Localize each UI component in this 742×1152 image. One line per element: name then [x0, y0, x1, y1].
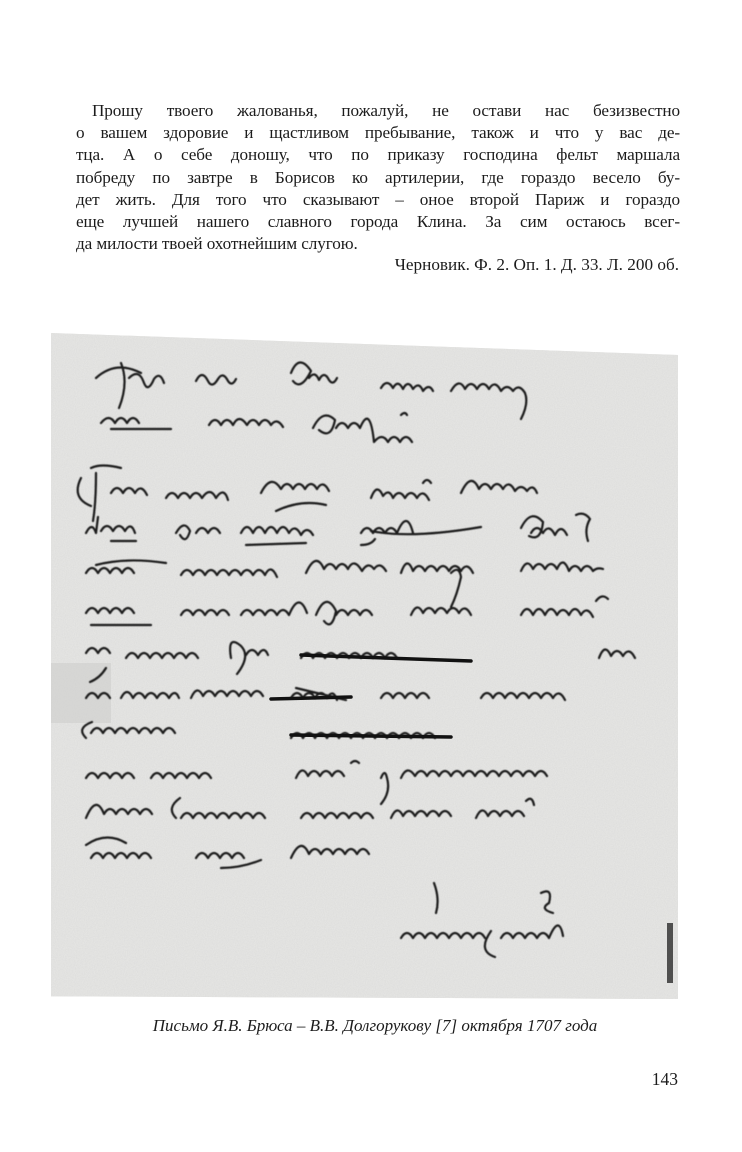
text-line: дет жить. Для того что сказывают – оное …: [76, 189, 680, 211]
text-line: о вашем здоровие и щастливом пребывание,…: [76, 122, 680, 144]
archive-reference: Черновик. Ф. 2. Оп. 1. Д. 33. Л. 200 об.: [395, 254, 679, 276]
figure-caption: Письмо Я.В. Брюса – В.В. Долгорукову [7]…: [0, 1015, 742, 1037]
text-line: тца. А о себе доношу, что по приказу гос…: [76, 144, 680, 166]
text-line: Прошу твоего жалованья, пожалуй, не оста…: [76, 100, 680, 122]
text-line: побреду по завтре в Борисов ко артилерии…: [76, 167, 680, 189]
text-line: еще лучшей нашего славного города Клина.…: [76, 211, 680, 233]
manuscript-photo: [51, 333, 678, 999]
handwriting-image: [51, 333, 678, 999]
page-number: 143: [652, 1068, 678, 1090]
text-line: да милости твоей охотнейшим слугою.: [76, 233, 680, 255]
letter-transcription: Прошу твоего жалованья, пожалуй, не оста…: [76, 100, 680, 255]
